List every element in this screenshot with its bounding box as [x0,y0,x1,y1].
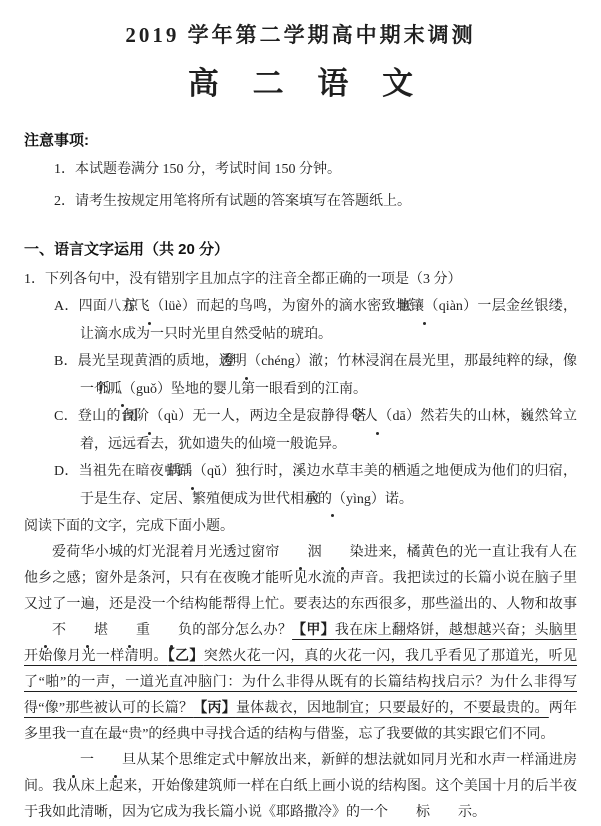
text-run: 【丙】 [193,701,236,716]
option-d: D．当祖先在暗夜中踽踽（qǔ）独行时，溪边水草丰美的栖遁之地便成为他们的归宿，于… [24,458,577,513]
text-run: 爱荷华小城的灯光混着月光透过窗帘 [52,545,280,560]
option-c: C．登山的台阶阒（qù）无一人，两边全是寂静得令人嗒（dā）然若失的山林，巍然耸… [24,403,577,458]
emphasized-char: 堪 [66,618,108,644]
emphasized-char: 负 [150,618,192,644]
section-1-heading: 一、语言文字运用（共 20 分） [24,239,577,261]
option-b: B．晨光呈现黄酒的质地，透明澄（chéng）澈；竹林浸润在晨光里，那最纯粹的绿，… [24,348,577,403]
notice-item-2: 2．请考生按规定用笔将所有试题的答案填写在答题纸上。 [54,189,577,215]
exam-subject-title: 高 二 语 文 [0,63,601,105]
question-1-stem: 1．下列各句中，没有错别字且加点字的注音全都正确的一项是（3 分） [24,266,577,293]
passage-paragraph-2: 一旦从某个思维定式中解放出来，新鲜的想法就如同月光和水声一样涌进房间。我从床上起… [24,748,577,826]
emphasized-char: 一 [52,748,94,774]
emphasized-char: 染 [322,540,364,566]
text-run: 【甲】 [292,623,335,638]
text-run: （qù）无一人，两边全是寂静得令人 [149,409,378,424]
text-run: 。 [472,805,486,820]
emphasized-char: 示 [430,800,472,826]
emphasized-char: 洇 [280,540,322,566]
emphasized-char: 不 [24,618,66,644]
text-run: （lüè）而起的鸟鸣，为窗外的滴水密致地镶 [150,299,424,314]
option-a: A．四面八方飞掠（lüè）而起的鸟鸣，为窗外的滴水密致地镶嵌（qiàn）一层金丝… [24,293,577,348]
option-label: C． [54,409,78,424]
emphasized-char: 旦 [94,748,136,774]
text-run: 四面八方飞 [79,299,150,314]
exam-session-title: 2019 学年第二学期高中期末调测 [0,20,601,50]
text-run: 的部分怎么办？ [192,623,292,638]
option-label: B． [54,354,78,369]
text-run: 【乙】 [168,649,204,664]
option-label: D． [54,464,79,479]
passage-paragraph-1: 爱荷华小城的灯光混着月光透过窗帘洇染进来，橘黄色的光一直让我有人在他乡之感；窗外… [24,540,577,748]
question-1-options: A．四面八方飞掠（lüè）而起的鸟鸣，为窗外的滴水密致地镶嵌（qiàn）一层金丝… [24,293,577,513]
text-run: 登山的台阶 [78,409,149,424]
emphasized-char: 标 [388,800,430,826]
emphasized-char: 重 [108,618,150,644]
text-run: （guǒ）坠地的婴儿第一眼看到的江南。 [122,382,367,397]
exam-paper: 2019 学年第二学期高中期末调测 高 二 语 文 注意事项: 1．本试题卷满分… [0,0,601,826]
notice-item-1: 1．本试题卷满分 150 分，考试时间 150 分钟。 [54,157,577,183]
option-label: A． [54,299,79,314]
notice-heading: 注意事项: [24,131,577,151]
notice-section: 注意事项: 1．本试题卷满分 150 分，考试时间 150 分钟。 2．请考生按… [24,131,577,215]
text-run: 量体裁衣，因地制宜；只要最好的，不要最贵的。 [236,701,549,716]
reading-intro: 阅读下面的文字，完成下面小题。 [24,513,577,540]
text-run: （yìng）诺。 [332,492,413,507]
